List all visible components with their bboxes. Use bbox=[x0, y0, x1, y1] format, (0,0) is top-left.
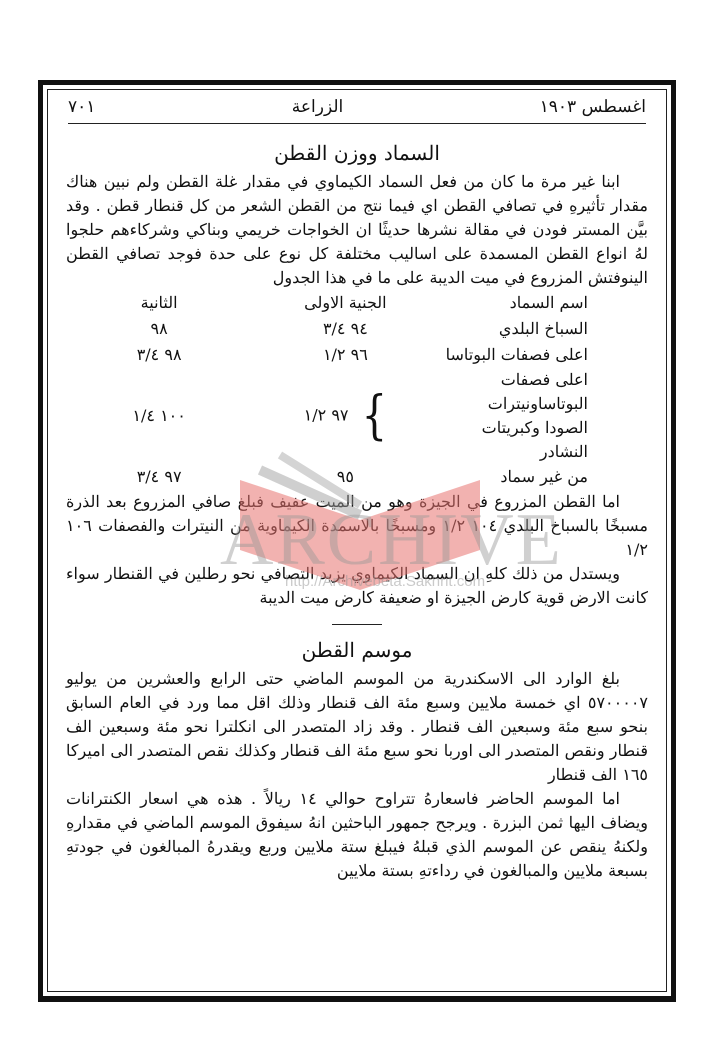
row-label-line-1: اعلى فصفات البوتاساونيترات bbox=[438, 368, 588, 416]
row-label: من غير سماد bbox=[438, 464, 648, 490]
second-value: ٩٨ ٣/٤ bbox=[66, 342, 252, 368]
inner-border: اغسطس ١٩٠٣ الزراعة ٧٠١ السماد ووزن القطن… bbox=[47, 89, 667, 992]
row-label-multiline: اعلى فصفات البوتاساونيترات الصودا وكبريت… bbox=[438, 368, 648, 464]
second-value: ٩٨ bbox=[66, 316, 252, 342]
article2-paragraph-1: بلغ الوارد الى الاسكندرية من الموسم الما… bbox=[66, 667, 648, 787]
table-row: من غير سماد ٩٥ ٩٧ ٣/٤ bbox=[66, 464, 648, 490]
article2-paragraph-2: اما الموسم الحاضر فاسعارهُ تتراوح حوالي … bbox=[66, 787, 648, 883]
page-content: السماد ووزن القطن ابنا غير مرة ما كان من… bbox=[66, 132, 648, 883]
section-separator bbox=[332, 624, 382, 625]
article-title-cotton-season: موسم القطن bbox=[66, 635, 648, 665]
first-value: ٩٤ ٣/٤ bbox=[252, 316, 438, 342]
first-value: ٩٧ ١/٢ bbox=[304, 406, 349, 425]
row-label: اعلى فصفات البوتاسا bbox=[438, 342, 648, 368]
running-header: اغسطس ١٩٠٣ الزراعة ٧٠١ bbox=[68, 92, 646, 122]
issue-date: اغسطس ١٩٠٣ bbox=[540, 97, 646, 117]
first-value: ٩٦ ١/٢ bbox=[252, 342, 438, 368]
page-border: اغسطس ١٩٠٣ الزراعة ٧٠١ السماد ووزن القطن… bbox=[38, 80, 676, 1002]
fertilizer-table: اسم السماد الجنية الاولى الثانية السباخ … bbox=[66, 290, 648, 490]
col-header-second-picking: الثانية bbox=[66, 290, 252, 316]
article-title-fertilizer: السماد ووزن القطن bbox=[66, 138, 648, 168]
article1-paragraph-2: اما القطن المزروع في الجيزة وهو من الميت… bbox=[66, 490, 648, 562]
first-value: ٩٥ bbox=[252, 464, 438, 490]
journal-title: الزراعة bbox=[292, 97, 343, 117]
col-header-fertilizer: اسم السماد bbox=[438, 290, 648, 316]
table-row: السباخ البلدي ٩٤ ٣/٤ ٩٨ bbox=[66, 316, 648, 342]
header-rule bbox=[68, 123, 646, 124]
table-row: اعلى فصفات البوتاسا ٩٦ ١/٢ ٩٨ ٣/٤ bbox=[66, 342, 648, 368]
curly-brace-icon: } bbox=[362, 390, 387, 442]
first-value-braced: } ٩٧ ١/٢ bbox=[252, 368, 438, 464]
table-header-row: اسم السماد الجنية الاولى الثانية bbox=[66, 290, 648, 316]
second-value: ٩٧ ٣/٤ bbox=[66, 464, 252, 490]
page-number: ٧٠١ bbox=[68, 97, 95, 117]
col-header-first-picking: الجنية الاولى bbox=[252, 290, 438, 316]
table-row: اعلى فصفات البوتاساونيترات الصودا وكبريت… bbox=[66, 368, 648, 464]
second-value: ١٠٠ ١/٤ bbox=[66, 368, 252, 464]
row-label: السباخ البلدي bbox=[438, 316, 648, 342]
article1-paragraph-3: ويستدل من ذلك كلهِ ان السماد الكيماوي يز… bbox=[66, 562, 648, 610]
row-label-line-2: الصودا وكبريتات النشادر bbox=[438, 416, 588, 464]
article1-paragraph-1: ابنا غير مرة ما كان من فعل السماد الكيما… bbox=[66, 170, 648, 290]
